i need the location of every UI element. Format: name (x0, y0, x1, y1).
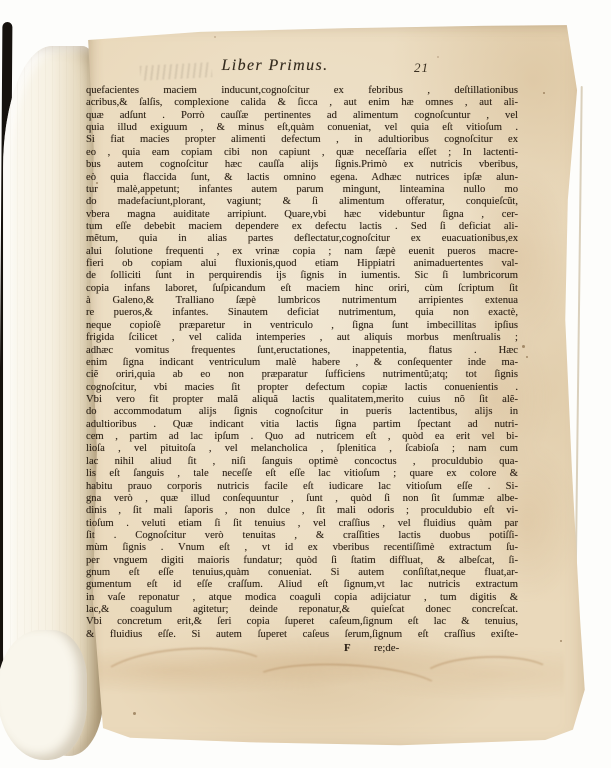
text-line: lac,& coagulum agitetur; deinde reponatu… (86, 604, 518, 616)
text-line: re pueros,& infantes. Sinautem deficiat … (86, 307, 518, 319)
text-line: & fluidius eſſe. Si autem ſuperet caſeus… (86, 629, 518, 641)
text-line: bus autem cognoſcitur hæc cauſſa alijs ſ… (86, 159, 518, 171)
tide-line (419, 654, 554, 701)
text-line: habitu prauo corporis nutricis facile eſ… (86, 481, 518, 493)
text-line: do accommodatum alijs ſignis cognoſcitur… (86, 406, 518, 418)
text-line: cognoſcitur, vbi macies ſit propter defe… (86, 382, 518, 394)
text-line: lioſa , vel pituitoſa , vel melancholica… (86, 443, 518, 455)
text-line: do madefaciunt,plorant, vagiunt; & ſi al… (86, 196, 518, 208)
text-line: quefacientes maciem inducunt,cognoſcitur… (86, 85, 518, 97)
fox-spot (560, 640, 562, 642)
fox-spot (214, 36, 216, 38)
text-line: eo , quia eam copiam cibi non capiunt , … (86, 147, 518, 159)
text-line: gumentum eſt id eſſe craſſum. Aliud eſt … (86, 579, 518, 591)
catchword: re;de- (374, 642, 399, 654)
text-line: gnum eſt eſſe tenuius,quàm conueniat. Si… (86, 567, 518, 579)
text-line: adhæc vomitus frequentes ſunt,eructation… (86, 345, 518, 357)
text-line: à Galeno,& Tralliano ſæpè lumbricos nutr… (86, 295, 518, 307)
text-line: frigida ſcilicet , vel calida intemperie… (86, 332, 518, 344)
text-line: eò quia flaccida ſunt, & lactis omnino e… (86, 172, 518, 184)
text-line: Vbi concretum erit,& ſeri copia ſuperet … (86, 616, 518, 628)
text-line: adultioribus . Quæ indicant vitia lactis… (86, 419, 518, 431)
text-line: neque copioſè præparetur in ventriculo ,… (86, 320, 518, 332)
text-line: alui ſolutione frequenti , ex vrinæ copi… (86, 246, 518, 258)
text-line: Si fiat macies propter alimenti defectum… (86, 134, 518, 146)
text-line: cem , partim ad lac ipſum . Quo ad nutri… (86, 431, 518, 443)
fox-spot (543, 92, 545, 94)
text-line: Vbi vero fit propter malã aliquã lactis … (86, 394, 518, 406)
text-line: copia infans laboret, ſuſpicandum eſt ma… (86, 283, 518, 295)
text-line: ſit . Cognoſcitur verò tenuitas , & craſ… (86, 530, 518, 542)
text-line: acribus,& ſalſis, complexione calida & ſ… (86, 97, 518, 109)
text-line: quia illud exiguum , & minus eſt,quàm co… (86, 122, 518, 134)
text-line: vbera magna auiditate arripiunt. Quare,v… (86, 209, 518, 221)
text-line: fieri ob copiam alui fluxionis,quod etia… (86, 258, 518, 270)
fox-spot (133, 712, 136, 715)
text-line: mẽtum, quia in alias partes deflectatur,… (86, 233, 518, 245)
text-line: enim ſigna indicant ventriculum malè hab… (86, 357, 518, 369)
fox-spot (522, 345, 525, 348)
direction-line: F re;de- (86, 642, 518, 655)
text-line: tioſum . veluti etiam ſi ſit tenuius , v… (86, 518, 518, 530)
text-line: tum eſſe debebit maciem dependere ex def… (86, 221, 518, 233)
text-line: mùm ſignis . Vnum eſt , vt id ex vberibu… (86, 542, 518, 554)
signature-mark: F (344, 642, 351, 654)
text-line: lac nihil aliud ſit , niſi ſanguis optim… (86, 456, 518, 468)
fox-spot (526, 356, 528, 358)
text-line: per vnguem digiti maioris fundatur; quòd… (86, 555, 518, 567)
fox-spot (437, 56, 439, 58)
book-photo: Liber Primus. 21 quefacientes maciem ind… (0, 0, 611, 768)
text-line: quæ adſunt . Porrò cauſſæ pertinentes ad… (86, 110, 518, 122)
tide-line (249, 659, 445, 715)
text-line: tur malè,appetunt; infantes autem parum … (86, 184, 518, 196)
text-line: gna verò , quæ illud conſequuntur , ſunt… (86, 493, 518, 505)
text-block: quefacientes maciem inducunt,cognoſcitur… (86, 85, 518, 641)
page-number: 21 (414, 60, 429, 76)
text-line: de ſolliciti ſunt in perquirendis ijs ſi… (86, 270, 518, 282)
text-line: lis eſt ſanguis , tale neceſſe eſt eſſe … (86, 468, 518, 480)
running-title: Liber Primus. (150, 56, 400, 76)
text-line: ciẽ oriri,quia ab eo non præparatur ſuff… (86, 369, 518, 381)
text-line: in vaſe reponatur , atque modica coaguli… (86, 592, 518, 604)
text-line: dinis , ſit mali ſaporis , non dulce , ſ… (86, 505, 518, 517)
